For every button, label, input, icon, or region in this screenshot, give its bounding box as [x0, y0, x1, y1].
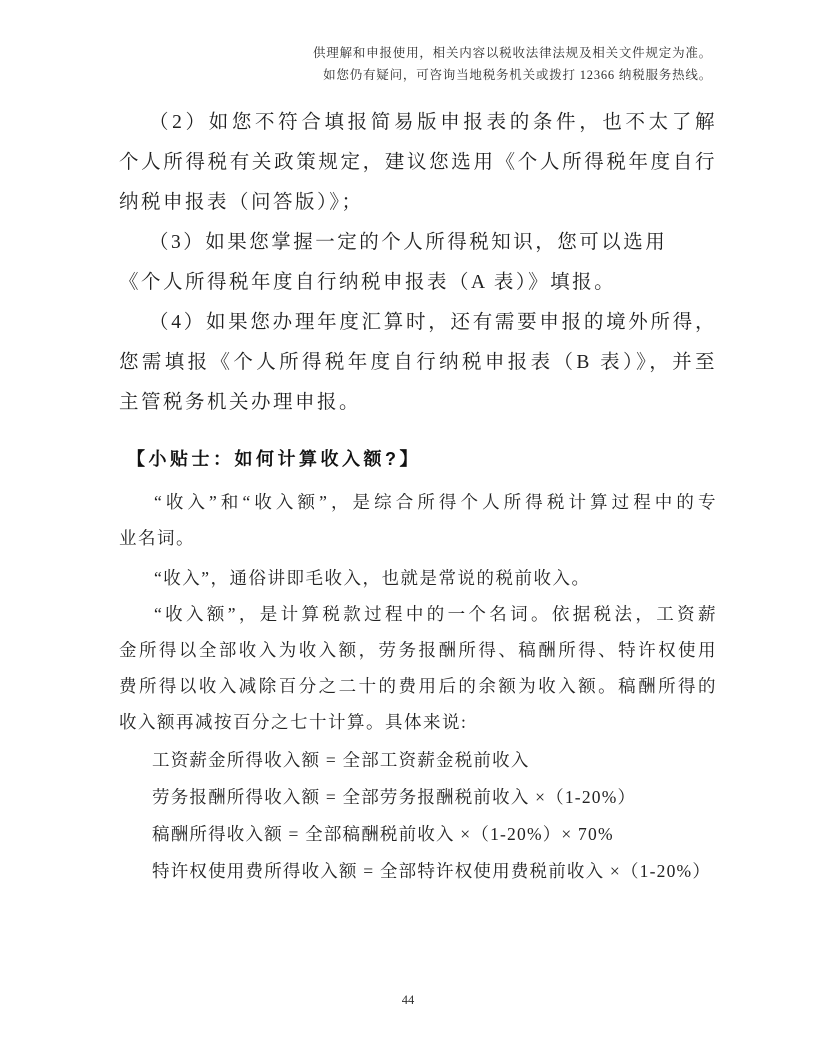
tip-heading: 【小贴士：如何计算收入额?】	[119, 441, 717, 477]
page-header-note: 供理解和申报使用，相关内容以税收法律法规及相关文件规定为准。 如您仍有疑问，可咨…	[119, 42, 712, 86]
paragraph-option-4: （4）如果您办理年度汇算时，还有需要申报的境外所得， 您需填报《个人所得税年度自…	[119, 303, 717, 423]
text-line: “收入”和“收入额”，是综合所得个人所得税计算过程中的专	[119, 484, 717, 520]
text-line: 您需填报《个人所得税年度自行纳税申报表（B 表）》，并至	[119, 343, 717, 383]
tip-paragraph-1: “收入”和“收入额”，是综合所得个人所得税计算过程中的专 业名词。	[119, 484, 717, 556]
text-line: 金所得以全部收入为收入额，劳务报酬所得、稿酬所得、特许权使用	[119, 632, 717, 668]
text-line: （3）如果您掌握一定的个人所得税知识，您可以选用	[119, 223, 717, 263]
paragraph-option-2: （2）如您不符合填报简易版申报表的条件，也不太了解 个人所得税有关政策规定，建议…	[119, 103, 717, 223]
formula-author-remuneration: 稿酬所得收入额 = 全部稿酬税前收入 ×（1-20%）× 70%	[119, 816, 717, 853]
text-line: 主管税务机关办理申报。	[119, 383, 717, 423]
text-line: “收入”，通俗讲即毛收入，也就是常说的税前收入。	[119, 560, 717, 596]
page-number: 44	[0, 991, 816, 1009]
header-note-line-2: 如您仍有疑问，可咨询当地税务机关或拨打 12366 纳税服务热线。	[119, 64, 712, 86]
text-line: 纳税申报表（问答版）》；	[119, 183, 717, 223]
formula-wage-salary: 工资薪金所得收入额 = 全部工资薪金税前收入	[119, 742, 717, 779]
text-line: “收入额”，是计算税款过程中的一个名词。依据税法，工资薪	[119, 596, 717, 632]
text-line: （4）如果您办理年度汇算时，还有需要申报的境外所得，	[119, 303, 717, 343]
header-note-line-1: 供理解和申报使用，相关内容以税收法律法规及相关文件规定为准。	[119, 42, 712, 64]
tip-paragraph-2: “收入”，通俗讲即毛收入，也就是常说的税前收入。	[119, 560, 717, 596]
income-formula-list: 工资薪金所得收入额 = 全部工资薪金税前收入 劳务报酬所得收入额 = 全部劳务报…	[119, 742, 717, 890]
document-body: （2）如您不符合填报简易版申报表的条件，也不太了解 个人所得税有关政策规定，建议…	[119, 103, 717, 890]
text-line: 《个人所得税年度自行纳税申报表（A 表）》填报。	[119, 263, 717, 303]
formula-labor-remuneration: 劳务报酬所得收入额 = 全部劳务报酬税前收入 ×（1-20%）	[119, 779, 717, 816]
document-page: 供理解和申报使用，相关内容以税收法律法规及相关文件规定为准。 如您仍有疑问，可咨…	[0, 0, 816, 1056]
text-line: 个人所得税有关政策规定，建议您选用《个人所得税年度自行	[119, 143, 717, 183]
text-line: （2）如您不符合填报简易版申报表的条件，也不太了解	[119, 103, 717, 143]
formula-royalties: 特许权使用费所得收入额 = 全部特许权使用费税前收入 ×（1-20%）	[119, 853, 717, 890]
text-line: 业名词。	[119, 520, 717, 556]
text-line: 费所得以收入减除百分之二十的费用后的余额为收入额。稿酬所得的	[119, 668, 717, 704]
paragraph-option-3: （3）如果您掌握一定的个人所得税知识，您可以选用 《个人所得税年度自行纳税申报表…	[119, 223, 717, 303]
tip-paragraph-3: “收入额”，是计算税款过程中的一个名词。依据税法，工资薪 金所得以全部收入为收入…	[119, 596, 717, 740]
text-line: 收入额再减按百分之七十计算。具体来说:	[119, 704, 717, 740]
